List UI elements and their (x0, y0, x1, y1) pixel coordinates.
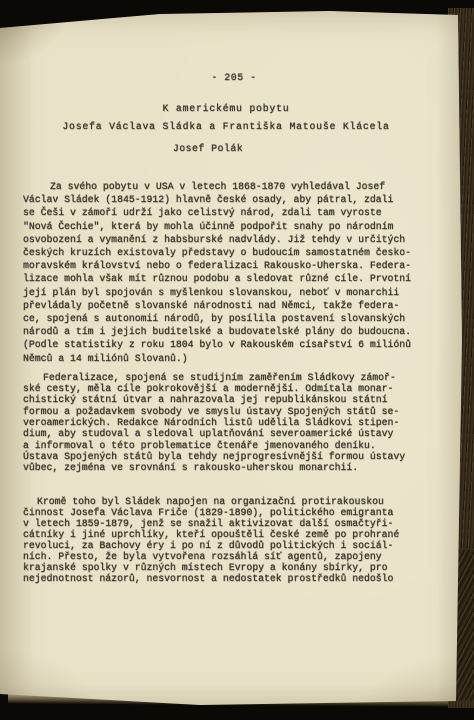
paragraph-3: Kromě toho byl Sládek napojen na organiz… (23, 496, 429, 584)
article-title-line-2: Josefa Václava Sládka a Františka Matouš… (23, 121, 429, 133)
author-name: Josef Polák (5, 143, 411, 155)
page-number: - 205 - (31, 72, 437, 84)
paragraph-2: Federalizace, spojená se studijním zaměř… (23, 372, 429, 474)
article-title-line-1: K americkému pobytu (23, 103, 429, 115)
paragraph-1: Za svého pobytu v USA v letech 1868-1870… (23, 180, 429, 365)
article-body: Za svého pobytu v USA v letech 1868-1870… (23, 180, 429, 584)
scanned-page: - 205 - K americkému pobytu Josefa Václa… (0, 0, 474, 720)
book-scan: - 205 - K americkému pobytu Josefa Václa… (0, 0, 474, 720)
